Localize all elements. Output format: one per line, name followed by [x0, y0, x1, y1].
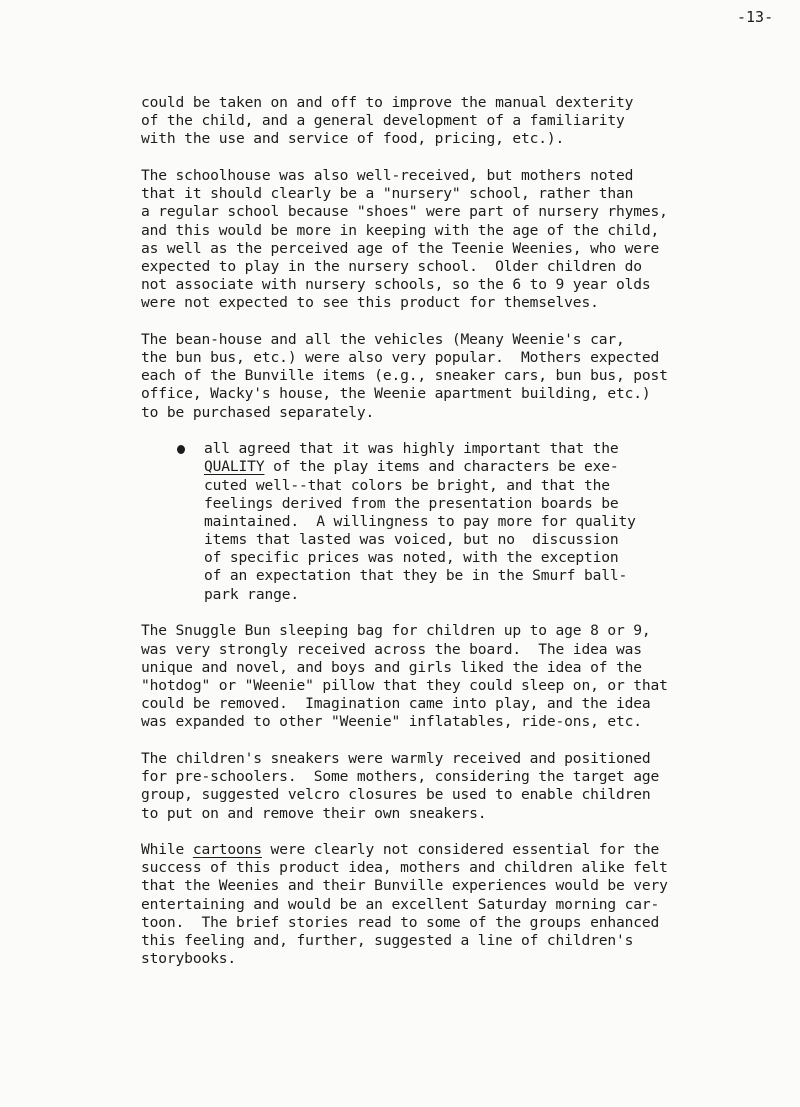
text-line: group, suggested velcro closures be used…	[141, 786, 741, 804]
paragraph-sneakers: The children's sneakers were warmly rece…	[141, 750, 741, 823]
text-line: to be purchased separately.	[141, 404, 741, 422]
document-body: could be taken on and off to improve the…	[141, 94, 741, 987]
underlined-cartoons: cartoons	[193, 841, 262, 858]
text-line: "hotdog" or "Weenie" pillow that they co…	[141, 677, 741, 695]
text-line: of an expectation that they be in the Sm…	[204, 567, 741, 585]
text-line: for pre-schoolers. Some mothers, conside…	[141, 768, 741, 786]
text-line: entertaining and would be an excellent S…	[141, 896, 741, 914]
text-line: QUALITY of the play items and characters…	[204, 458, 741, 476]
text-line: with the use and service of food, pricin…	[141, 130, 741, 148]
text-line: of the child, and a general development …	[141, 112, 741, 130]
text-line: expected to play in the nursery school. …	[141, 258, 741, 276]
text-line: storybooks.	[141, 950, 741, 968]
paragraph-cartoons: While cartoons were clearly not consider…	[141, 841, 741, 968]
text-line: While cartoons were clearly not consider…	[141, 841, 741, 859]
text-fragment: of the play items and characters be exe-	[264, 458, 618, 475]
underlined-quality: QUALITY	[204, 458, 264, 475]
text-line: that the Weenies and their Bunville expe…	[141, 877, 741, 895]
bullet-item-quality: all agreed that it was highly important …	[204, 440, 741, 604]
text-line: office, Wacky's house, the Weenie apartm…	[141, 385, 741, 403]
paragraph-dexterity: could be taken on and off to improve the…	[141, 94, 741, 149]
text-line: was expanded to other "Weenie" inflatabl…	[141, 713, 741, 731]
text-line: as well as the perceived age of the Teen…	[141, 240, 741, 258]
text-line: each of the Bunville items (e.g., sneake…	[141, 367, 741, 385]
text-line: feelings derived from the presentation b…	[204, 495, 741, 513]
text-line: could be taken on and off to improve the…	[141, 94, 741, 112]
text-line: this feeling and, further, suggested a l…	[141, 932, 741, 950]
paragraph-bean-house: The bean-house and all the vehicles (Mea…	[141, 331, 741, 422]
text-line: The bean-house and all the vehicles (Mea…	[141, 331, 741, 349]
text-line: The children's sneakers were warmly rece…	[141, 750, 741, 768]
page-number: -13-	[737, 8, 773, 26]
text-line: the bun bus, etc.) were also very popula…	[141, 349, 741, 367]
text-line: park range.	[204, 586, 741, 604]
text-line: maintained. A willingness to pay more fo…	[204, 513, 741, 531]
bullet-icon	[177, 445, 185, 454]
text-line: success of this product idea, mothers an…	[141, 859, 741, 877]
text-line: not associate with nursery schools, so t…	[141, 276, 741, 294]
text-line: all agreed that it was highly important …	[204, 440, 741, 458]
text-line: a regular school because "shoes" were pa…	[141, 203, 741, 221]
text-line: to put on and remove their own sneakers.	[141, 805, 741, 823]
text-fragment: While	[141, 841, 193, 858]
text-line: cuted well--that colors be bright, and t…	[204, 477, 741, 495]
text-line: was very strongly received across the bo…	[141, 641, 741, 659]
text-line: The schoolhouse was also well-received, …	[141, 167, 741, 185]
text-line: items that lasted was voiced, but no dis…	[204, 531, 741, 549]
text-line: unique and novel, and boys and girls lik…	[141, 659, 741, 677]
text-line: that it should clearly be a "nursery" sc…	[141, 185, 741, 203]
text-fragment: were clearly not considered essential fo…	[262, 841, 659, 858]
text-line: could be removed. Imagination came into …	[141, 695, 741, 713]
text-line: were not expected to see this product fo…	[141, 294, 741, 312]
paragraph-snuggle-bun: The Snuggle Bun sleeping bag for childre…	[141, 622, 741, 731]
paragraph-schoolhouse: The schoolhouse was also well-received, …	[141, 167, 741, 313]
text-line: toon. The brief stories read to some of …	[141, 914, 741, 932]
text-line: and this would be more in keeping with t…	[141, 222, 741, 240]
text-line: of specific prices was noted, with the e…	[204, 549, 741, 567]
text-line: The Snuggle Bun sleeping bag for childre…	[141, 622, 741, 640]
